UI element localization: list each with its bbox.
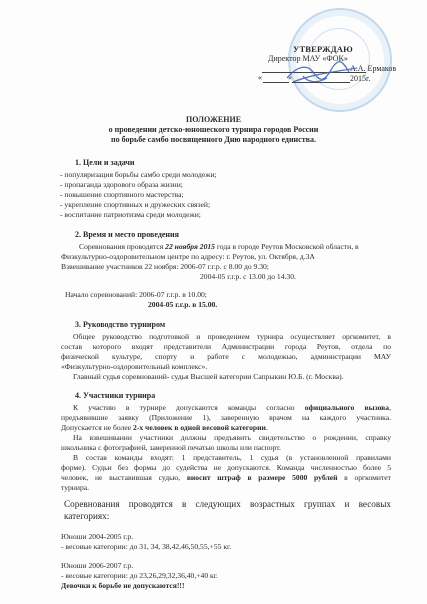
approval-title: УТВЕРЖДАЮ — [293, 44, 353, 54]
participants-line: В состав команды входят: 1 представитель… — [73, 453, 391, 462]
management-line: состав которого входят представители Адм… — [61, 342, 391, 351]
group-2-weights: - весовые категории: до 23,26,29,32,36,4… — [61, 571, 218, 580]
text: Соревнования проводятся — [79, 242, 165, 251]
fine-amount: вносит штраф в размере 5000 рублей — [187, 473, 338, 482]
text: . — [266, 423, 268, 432]
participants-line: Допускается не более 2-х человек в одной… — [61, 423, 268, 432]
competition-date: 22 ноября 2015 — [165, 242, 215, 251]
text: , — [389, 403, 391, 412]
group-1-weights: - весовые категории: до 31, 34, 38,42,46… — [61, 542, 231, 551]
participants-line: форме). Судьи без формы до судейства не … — [61, 463, 391, 472]
text: в оргкомитет — [337, 473, 391, 482]
document-subtitle-1: о проведении детско-юношеского турнира г… — [0, 125, 427, 134]
categories-intro: Соревнования проводятся в следующих возр… — [64, 499, 391, 509]
section-1-heading: 1. Цели и задачи — [75, 158, 135, 167]
goal-item: - укрепление спортивных и дружеских связ… — [60, 200, 210, 209]
approval-date-open-quote: « — [258, 73, 262, 82]
text: человек, не выставившая судью, — [61, 473, 187, 482]
management-line: «Физкультурно-оздоровительный комплекс». — [61, 362, 207, 371]
document-subtitle-2: по борьбе самбо посвященного Дню народно… — [0, 135, 427, 144]
group-1-title: Юноши 2004-2005 г.р. — [61, 532, 133, 541]
weigh-in-2: 2004-05 г.г.р. с 13.00 до 14.30. — [200, 272, 296, 281]
section-3-heading: 3. Руководство турниром — [75, 320, 165, 329]
section-2-heading: 2. Время и место проведения — [75, 230, 179, 239]
participants-line: человек, не выставившая судью, вносит шт… — [61, 473, 391, 482]
venue-address: Физкультурно-оздоровительном центре по а… — [61, 252, 315, 261]
start-time-1: Начало соревнований: 2006-07 г.г.р. в 10… — [65, 290, 207, 299]
start-time-2: 2004-05 г.г.р. в 15.00. — [148, 300, 217, 309]
competition-date-line: Соревнования проводятся 22 ноября 2015 г… — [79, 242, 359, 251]
chief-judge: Главный судья соревнований- судья Высшей… — [73, 372, 344, 381]
goal-item: - повышение спортивного мастерства; — [60, 190, 184, 199]
participants-line: предъявившие заявку (Приложение 1), заве… — [61, 413, 391, 422]
text: Допускается не более — [61, 423, 133, 432]
participants-line: школьника с фотографией, заверенной печа… — [61, 443, 281, 452]
text: К участию в турнире допускаются команды … — [73, 403, 305, 412]
goal-item: - популяризация борьбы самбо среди молод… — [60, 170, 217, 179]
section-4-heading: 4. Участники турнира — [75, 391, 155, 400]
official-call: официального вызова — [305, 403, 389, 412]
management-line: физической культуре, спорту и работе с м… — [61, 352, 391, 361]
weigh-in-1: Взвешивание участников 22 ноября: 2006-0… — [61, 262, 269, 271]
girls-not-allowed-note: Девочки к борьбе не допускаются!!! — [61, 581, 184, 590]
text: года в городе Реутов Московской области,… — [215, 242, 359, 251]
group-2-title: Юноши 2006-2007 г.р. — [61, 561, 133, 570]
document-title: ПОЛОЖЕНИЕ — [0, 115, 427, 124]
participants-line: К участию в турнире допускаются команды … — [73, 403, 391, 412]
weight-limit-rule: 2-х человек в одной весовой категории — [133, 423, 266, 432]
signature-icon — [283, 58, 363, 88]
management-line: Общее руководство подготовкой и проведен… — [73, 332, 391, 341]
participants-line: турнира. — [61, 483, 89, 492]
participants-line: На взвешивании участники должны предъяви… — [73, 433, 391, 442]
goal-item: - пропаганда здорового образа жизни; — [60, 180, 183, 189]
categories-intro-2: категориях: — [64, 511, 109, 521]
document-page: УТВЕРЖДАЮ Директор МАУ «ФОК» А.А. Ермако… — [0, 0, 427, 604]
goal-item: - воспитание патриотизма среди молодежи; — [60, 210, 201, 219]
